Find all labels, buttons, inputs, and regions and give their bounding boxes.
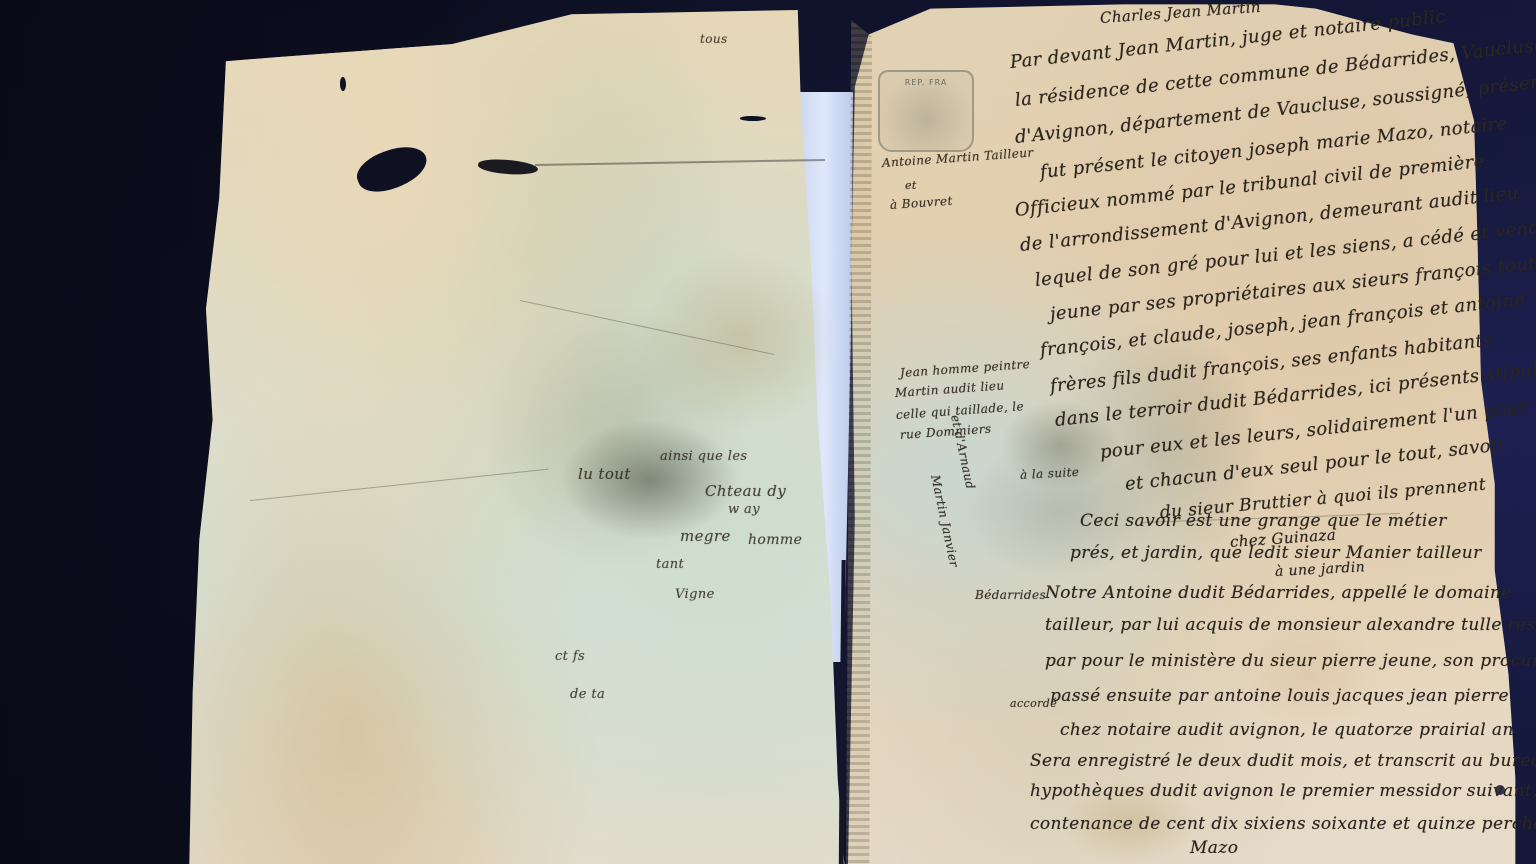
- republic-tax-stamp: REP. FRA: [878, 70, 974, 152]
- left-manuscript-page: [186, 10, 851, 864]
- margin-note: Bédarrides: [975, 588, 1046, 602]
- stamp-label: REP. FRA: [880, 78, 972, 87]
- handwriting-fragment: Vigne: [675, 587, 715, 602]
- handwriting-fragment: tant: [656, 557, 684, 572]
- handwriting-line: par pour le ministère du sieur pierre je…: [1045, 651, 1536, 671]
- handwriting-fragment: lu tout: [578, 465, 631, 483]
- handwriting-line: passé ensuite par antoine louis jacques …: [1050, 686, 1509, 706]
- handwriting-line: chez notaire audit avignon, le quatorze …: [1060, 720, 1514, 740]
- handwriting-fragment: Chteau dy: [705, 482, 786, 500]
- margin-note: et: [905, 179, 917, 192]
- handwriting-line: Mazo: [1190, 838, 1238, 858]
- handwriting-fragment: ainsi que les: [660, 449, 748, 464]
- handwriting-line: prés, et jardin, que ledit sieur Manier …: [1070, 543, 1482, 563]
- handwriting-line: Sera enregistré le deux dudit mois, et t…: [1030, 751, 1536, 771]
- handwriting-line: Ceci savoir est une grange que le métier: [1080, 511, 1447, 531]
- handwriting-fragment: megre: [680, 527, 731, 545]
- handwriting-fragment: tous: [700, 32, 728, 46]
- handwriting-line: hypothèques dudit avignon le premier mes…: [1030, 781, 1536, 801]
- paper-hole: [340, 77, 346, 91]
- handwriting-fragment: ct fs: [555, 649, 585, 664]
- paper-hole: [740, 116, 766, 121]
- handwriting-line: tailleur, par lui acquis de monsieur ale…: [1045, 615, 1536, 635]
- handwriting-line: Notre Antoine dudit Bédarrides, appellé …: [1045, 583, 1512, 603]
- margin-note: accordé: [1010, 697, 1057, 710]
- handwriting-fragment: de ta: [570, 687, 605, 702]
- handwriting-fragment: homme: [748, 532, 802, 548]
- handwriting-line: contenance de cent dix sixiens soixante …: [1030, 814, 1536, 834]
- handwriting-fragment: w ay: [728, 502, 760, 517]
